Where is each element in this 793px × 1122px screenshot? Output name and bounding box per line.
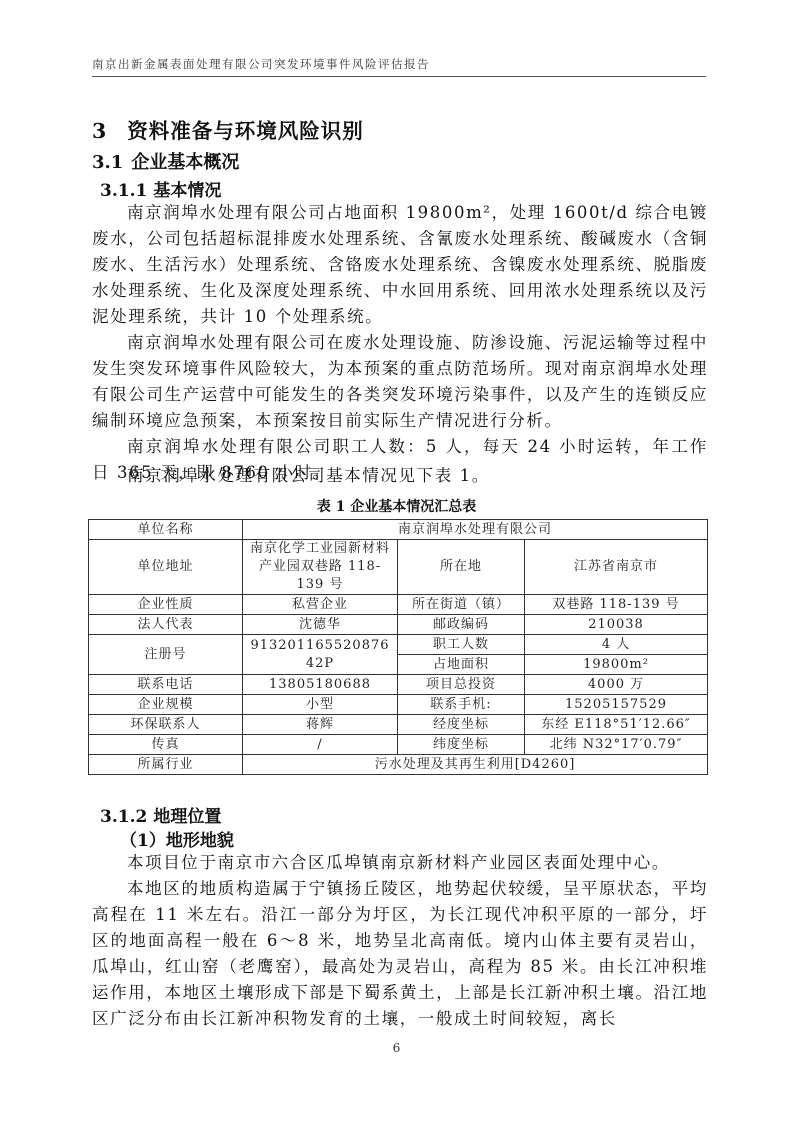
- subsection-heading: 3.1企业基本概况: [92, 148, 239, 174]
- table-caption: 表 1 企业基本情况汇总表: [0, 496, 793, 516]
- cell-label: 企业性质: [89, 595, 243, 615]
- cell-label: 联系手机:: [398, 695, 525, 715]
- cell-value: 东经 E118°51′12.66″: [525, 715, 708, 735]
- cell-label: 职工人数: [398, 635, 525, 655]
- cell-value: 南京化学工业园新材料产业园双巷路 118-139 号: [243, 540, 398, 595]
- cell-label: 项目总投资: [398, 675, 525, 695]
- table-row: 所属行业 污水处理及其再生利用[D4260]: [89, 755, 708, 775]
- cell-value: 污水处理及其再生利用[D4260]: [243, 755, 708, 775]
- cell-value: 13805180688: [243, 675, 398, 695]
- paragraph-risk: 南京润埠水处理有限公司在废水处理设施、防渗设施、污泥运输等过程中发生突发环境事件…: [92, 330, 708, 434]
- cell-label: 所属行业: [89, 755, 243, 775]
- cell-label: 单位地址: [89, 540, 243, 595]
- paragraph-geology: 本地区的地质构造属于宁镇扬丘陵区，地势起伏较缓，呈平原状态，平均高程在 11 米…: [92, 876, 708, 1032]
- cell-value: 北纬 N32°17′0.79″: [525, 735, 708, 755]
- cell-value: 蒋辉: [243, 715, 398, 735]
- cell-value: 19800m²: [525, 655, 708, 675]
- cell-label: 纬度坐标: [398, 735, 525, 755]
- table-row: 注册号 913201165520876​42P 职工人数 4 人: [89, 635, 708, 655]
- running-header: 南京出新金属表面处理有限公司突发环境事件风险评估报告: [92, 56, 706, 77]
- cell-label: 法人代表: [89, 615, 243, 635]
- cell-label: 注册号: [89, 635, 243, 675]
- subsection-number: 3.1: [92, 152, 123, 173]
- cell-value: 江苏省南京市: [525, 540, 708, 595]
- table-row: 传真 / 纬度坐标 北纬 N32°17′0.79″: [89, 735, 708, 755]
- cell-label: 企业规模: [89, 695, 243, 715]
- cell-label: 经度坐标: [398, 715, 525, 735]
- cell-label: 所在地: [398, 540, 525, 595]
- section-title: 资料准备与环境风险识别: [127, 119, 364, 143]
- table-row: 单位地址 南京化学工业园新材料产业园双巷路 118-139 号 所在地 江苏省南…: [89, 540, 708, 595]
- table-row: 法人代表 沈德华 邮政编码 210038: [89, 615, 708, 635]
- cell-value: 沈德华: [243, 615, 398, 635]
- table-row: 企业性质 私营企业 所在街道（镇） 双巷路 118-139 号: [89, 595, 708, 615]
- heading-number: 3.1.2: [100, 807, 147, 827]
- cell-value: 私营企业: [243, 595, 398, 615]
- table-row: 单位名称 南京润埠水处理有限公司: [89, 520, 708, 540]
- page-number: 6: [0, 1041, 793, 1055]
- table-row: 联系电话 13805180688 项目总投资 4000 万: [89, 675, 708, 695]
- section-number: 3: [92, 119, 107, 143]
- section-heading: 3资料准备与环境风险识别: [92, 114, 364, 144]
- paragraph-overview: 南京润埠水处理有限公司占地面积 19800m²，处理 1600t/d 综合电镀废…: [92, 200, 708, 330]
- heading-title: 地理位置: [153, 807, 221, 827]
- cell-label: 单位名称: [89, 520, 243, 540]
- cell-label: 所在街道（镇）: [398, 595, 525, 615]
- table-row: 环保联系人 蒋辉 经度坐标 东经 E118°51′12.66″: [89, 715, 708, 735]
- paragraph-table-ref: 南京润埠水处理有限公司基本情况见下表 1。: [92, 463, 708, 489]
- cell-value: 210038: [525, 615, 708, 635]
- cell-label: 传真: [89, 735, 243, 755]
- subsubsection-heading-311: 3.1.1基本情况: [100, 176, 221, 201]
- table-ref-text: 南京润埠水处理有限公司基本情况见下表 1。: [127, 466, 490, 485]
- heading-title: 基本情况: [153, 181, 221, 201]
- cell-value: 913201165520876​42P: [243, 635, 398, 675]
- cell-label: 环保联系人: [89, 715, 243, 735]
- subsubsection-heading-312: 3.1.2地理位置: [100, 802, 221, 827]
- company-info-table: 单位名称 南京润埠水处理有限公司 单位地址 南京化学工业园新材料产业园双巷路 1…: [88, 519, 708, 775]
- cell-label: 联系电话: [89, 675, 243, 695]
- cell-value: 南京润埠水处理有限公司: [243, 520, 708, 540]
- cell-value: 小型: [243, 695, 398, 715]
- subsection-title: 企业基本概况: [131, 152, 239, 173]
- cell-value: 15205157529: [525, 695, 708, 715]
- cell-value: /: [243, 735, 398, 755]
- terrain-heading: （1）地形地貌: [120, 826, 234, 851]
- heading-number: 3.1.1: [100, 181, 147, 201]
- cell-value: 双巷路 118-139 号: [525, 595, 708, 615]
- cell-label: 占地面积: [398, 655, 525, 675]
- cell-label: 邮政编码: [398, 615, 525, 635]
- paragraph-location: 本项目位于南京市六合区瓜埠镇南京新材料产业园区表面处理中心。: [92, 850, 708, 876]
- cell-value: 4 人: [525, 635, 708, 655]
- cell-value: 4000 万: [525, 675, 708, 695]
- table-row: 企业规模 小型 联系手机: 15205157529: [89, 695, 708, 715]
